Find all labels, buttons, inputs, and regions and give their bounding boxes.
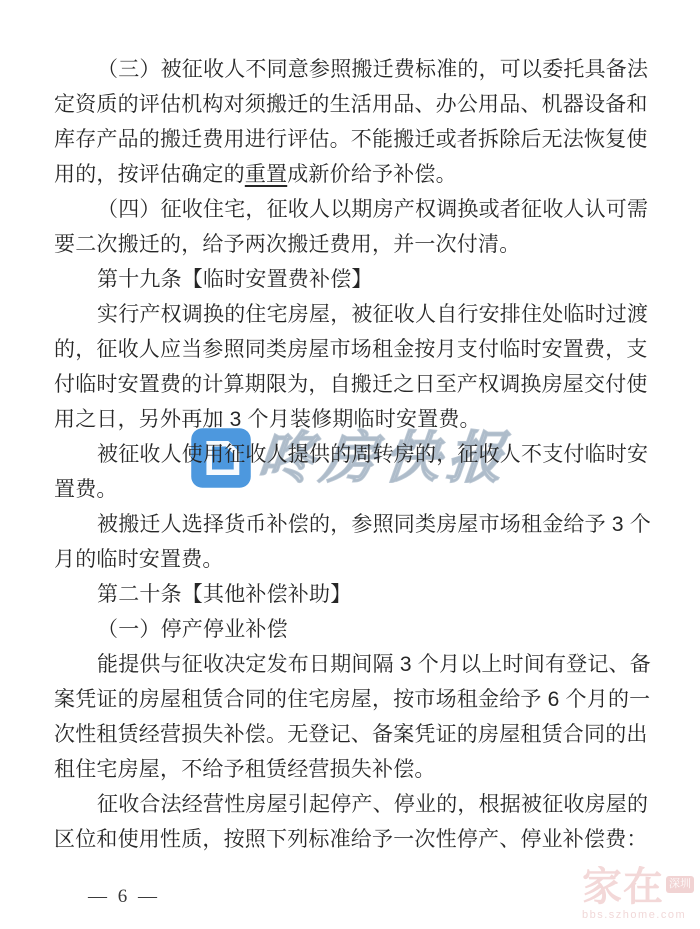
document-line: 库存产品的搬迁费用进行评估。不能搬迁或者拆除后无法恢复使 xyxy=(54,122,650,157)
document-line: 要二次搬迁的，给予两次搬迁费用，并一次付清。 xyxy=(54,227,650,262)
article-heading: 第二十条【其他补偿补助】 xyxy=(54,577,650,612)
document-line: 能提供与征收决定发布日期间隔 3 个月以上时间有登记、备 xyxy=(54,647,650,682)
line-text: 成新价给予补偿。 xyxy=(287,163,457,186)
corner-watermark-brand: 家在 xyxy=(582,866,664,908)
corner-watermark-badge: 深圳 xyxy=(666,876,694,893)
document-line: 用的，按评估确定的重置成新价给予补偿。 xyxy=(54,157,650,192)
underlined-term: 重置 xyxy=(245,163,287,186)
corner-watermark-url: bbs.szhome.com xyxy=(582,909,700,921)
document-line: 案凭证的房屋租赁合同的住宅房屋，按市场租金给予 6 个月的一 xyxy=(54,682,650,717)
document-line: 区位和使用性质，按照下列标准给予一次性停产、停业补偿费： xyxy=(54,822,650,857)
document-line: 的，征收人应当参照同类房屋市场租金按月支付临时安置费，支 xyxy=(54,332,650,367)
document-line: （三）被征收人不同意参照搬迁费标准的，可以委托具备法 xyxy=(54,52,650,87)
document-line: 置费。 xyxy=(54,472,650,507)
document-page: 咚房快报 （三）被征收人不同意参照搬迁费标准的，可以委托具备法 定资质的评估机构… xyxy=(0,0,700,929)
document-line: 实行产权调换的住宅房屋，被征收人自行安排住处临时过渡 xyxy=(54,297,650,332)
document-line: 被搬迁人选择货币补偿的，参照同类房屋市场租金给予 3 个 xyxy=(54,507,650,542)
document-line: 用之日，另外再加 3 个月装修期临时安置费。 xyxy=(54,402,650,437)
document-line: 定资质的评估机构对须搬迁的生活用品、办公用品、机器设备和 xyxy=(54,87,650,122)
document-line: 征收合法经营性房屋引起停产、停业的，根据被征收房屋的 xyxy=(54,787,650,822)
document-line: 租住宅房屋，不给予租赁经营损失补偿。 xyxy=(54,752,650,787)
document-line: 被征收人使用征收人提供的周转房的，征收人不支付临时安 xyxy=(54,437,650,472)
page-number: — 6 — xyxy=(88,886,160,908)
document-line: （四）征收住宅，征收人以期房产权调换或者征收人认可需 xyxy=(54,192,650,227)
document-line: （一）停产停业补偿 xyxy=(54,612,650,647)
line-text: 用的，按评估确定的 xyxy=(54,163,245,186)
corner-watermark: 家在 深圳 bbs.szhome.com xyxy=(582,866,700,921)
document-line: 次性租赁经营损失补偿。无登记、备案凭证的房屋租赁合同的出 xyxy=(54,717,650,752)
document-line: 付临时安置费的计算期限为，自搬迁之日至产权调换房屋交付使 xyxy=(54,367,650,402)
document-body: （三）被征收人不同意参照搬迁费标准的，可以委托具备法 定资质的评估机构对须搬迁的… xyxy=(54,52,650,857)
document-line: 月的临时安置费。 xyxy=(54,542,650,577)
article-heading: 第十九条【临时安置费补偿】 xyxy=(54,262,650,297)
